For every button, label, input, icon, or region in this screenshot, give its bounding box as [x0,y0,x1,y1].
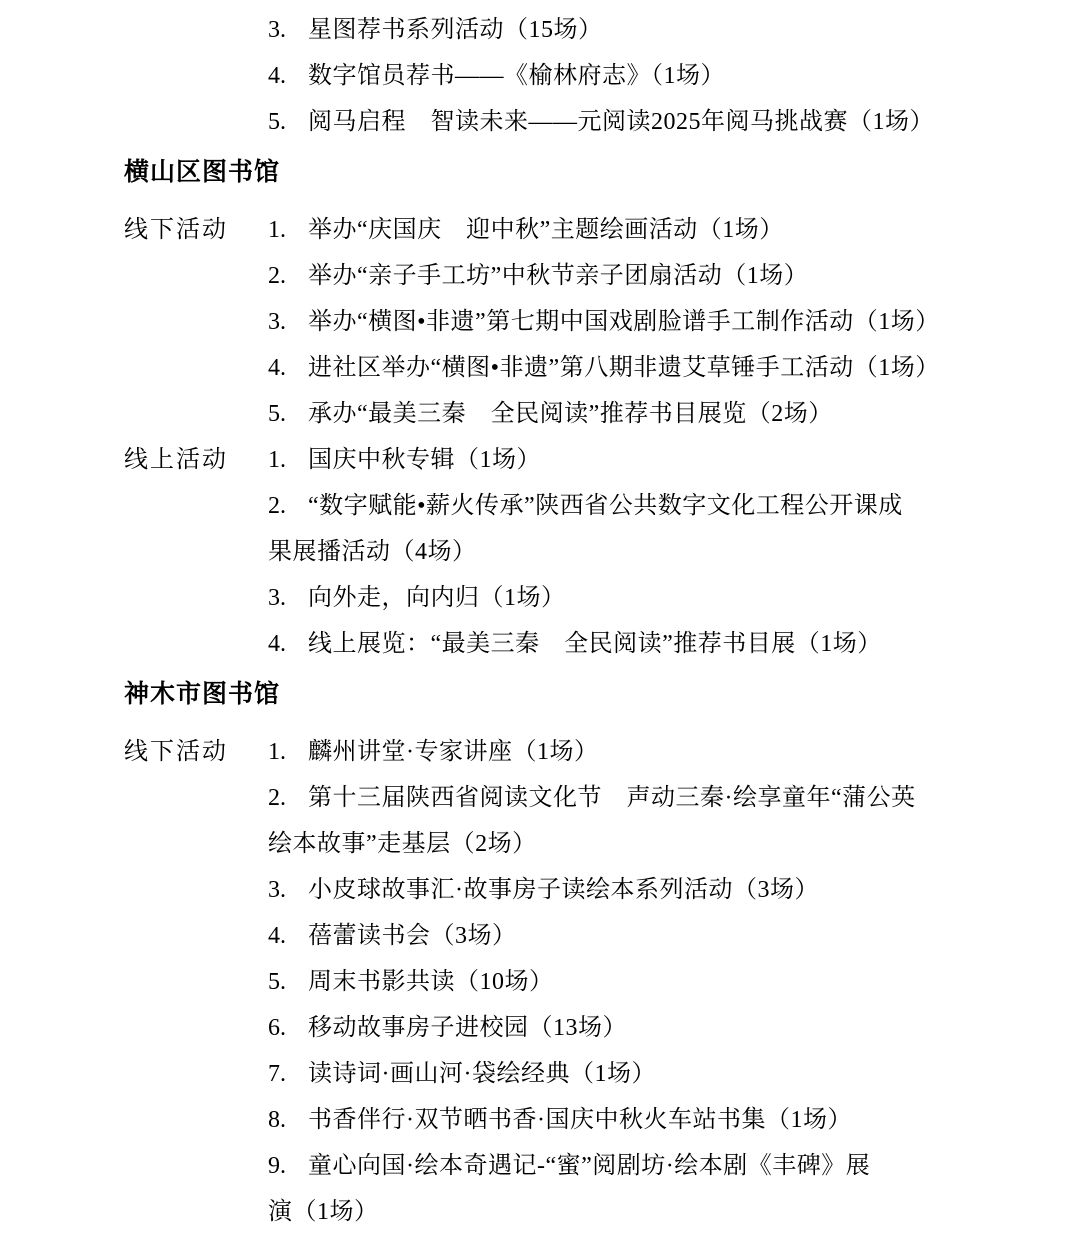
list-item-text: 童心向国·绘本奇遇记-“蜜”阅剧坊·绘本剧《丰碑》展 [308,1153,870,1179]
list-item-number: 5. [268,959,308,1005]
list-item-number: 1. [268,207,308,253]
list-item-text: 第十三届陕西省阅读文化节 声动三秦·绘享童年“蒲公英 [308,785,916,811]
list-item-number: 4. [268,621,308,667]
list-item: 1.麟州讲堂·专家讲座（1场） [268,729,980,775]
list-item: 1.国庆中秋专辑（1场） [268,437,980,483]
list-item: 1.举办“庆国庆 迎中秋”主题绘画活动（1场） [268,207,980,253]
list-item: 2.举办“亲子手工坊”中秋节亲子团扇活动（1场） [268,253,980,299]
list-item-number: 4. [268,53,308,99]
list-item-text: 移动故事房子进校园（13场） [308,1015,627,1041]
list-item-number: 4. [268,913,308,959]
list-item: 5.承办“最美三秦 全民阅读”推荐书目展览（2场） [268,391,980,437]
activity-item-list: 1.举办“庆国庆 迎中秋”主题绘画活动（1场） 2.举办“亲子手工坊”中秋节亲子… [268,207,980,437]
document-page: 3.星图荐书系列活动（15场） 4.数字馆员荐书——《榆林府志》（1场） 5.阅… [0,0,1080,1240]
list-item: 4.进社区举办“横图•非遗”第八期非遗艾草锤手工活动（1场） [268,345,980,391]
activity-item-list: 1.国庆中秋专辑（1场） 2.“数字赋能•薪火传承”陕西省公共数字文化工程公开课… [268,437,980,667]
list-item-text: 麟州讲堂·专家讲座（1场） [308,739,599,765]
activity-group-label: 线下活动 [124,729,268,775]
list-item-number: 5. [268,391,308,437]
list-item-text: 小皮球故事汇·故事房子读绘本系列活动（3场） [308,877,819,903]
list-item-number: 3. [268,299,308,345]
list-item: 3.向外走，向内归（1场） [268,575,980,621]
list-item-number: 6. [268,1005,308,1051]
library-section-header: 横山区图书馆 [124,150,1080,196]
list-item-text: 阅马启程 智读未来——元阅读2025年阅马挑战赛（1场） [308,109,934,135]
list-item: 4.蓓蕾读书会（3场） [268,913,980,959]
library-section-header: 神木市图书馆 [124,672,1080,718]
list-item-text: 线上展览：“最美三秦 全民阅读”推荐书目展（1场） [308,631,882,657]
activity-group-online: 线上活动 1.国庆中秋专辑（1场） 2.“数字赋能•薪火传承”陕西省公共数字文化… [0,437,1080,667]
library-section: 神木市图书馆 线下活动 1.麟州讲堂·专家讲座（1场） 2.第十三届陕西省阅读文… [0,672,1080,1235]
list-item-number: 2. [268,483,308,529]
activity-group-label: 线下活动 [124,207,268,253]
list-item-number: 2. [268,775,308,821]
list-item-text: 蓓蕾读书会（3场） [308,923,517,949]
list-item: 6.移动故事房子进校园（13场） [268,1005,980,1051]
list-item-number: 3. [268,7,308,53]
list-item: 5.阅马启程 智读未来——元阅读2025年阅马挑战赛（1场） [268,99,980,145]
list-item-text: “数字赋能•薪火传承”陕西省公共数字文化工程公开课成 [308,493,903,519]
list-item-number: 8. [268,1097,308,1143]
list-item-text: 向外走，向内归（1场） [308,585,566,611]
list-item: 8.书香伴行·双节晒书香·国庆中秋火车站书集（1场） [268,1097,980,1143]
list-item-number: 3. [268,575,308,621]
library-section-continued: 3.星图荐书系列活动（15场） 4.数字馆员荐书——《榆林府志》（1场） 5.阅… [0,7,1080,145]
list-item: 5.周末书影共读（10场） [268,959,980,1005]
list-item-text: 举办“亲子手工坊”中秋节亲子团扇活动（1场） [308,263,808,289]
list-item: 3.小皮球故事汇·故事房子读绘本系列活动（3场） [268,867,980,913]
list-item-number: 4. [268,345,308,391]
list-item-number: 3. [268,867,308,913]
activity-group-offline: 线下活动 1.举办“庆国庆 迎中秋”主题绘画活动（1场） 2.举办“亲子手工坊”… [0,207,1080,437]
list-item-number: 1. [268,437,308,483]
list-item-number: 2. [268,253,308,299]
list-item-text-continuation: 果展播活动（4场） [268,529,980,575]
activity-group-offline: 线下活动 1.麟州讲堂·专家讲座（1场） 2.第十三届陕西省阅读文化节 声动三秦… [0,729,1080,1235]
activity-item-list: 3.星图荐书系列活动（15场） 4.数字馆员荐书——《榆林府志》（1场） 5.阅… [268,7,980,145]
list-item: 4.线上展览：“最美三秦 全民阅读”推荐书目展（1场） [268,621,980,667]
list-item-number: 7. [268,1051,308,1097]
list-item-text: 举办“庆国庆 迎中秋”主题绘画活动（1场） [308,217,784,243]
list-item-text: 承办“最美三秦 全民阅读”推荐书目展览（2场） [308,401,833,427]
list-item-text: 数字馆员荐书——《榆林府志》（1场） [308,63,725,89]
activity-item-list: 1.麟州讲堂·专家讲座（1场） 2.第十三届陕西省阅读文化节 声动三秦·绘享童年… [268,729,980,1235]
activity-group: 3.星图荐书系列活动（15场） 4.数字馆员荐书——《榆林府志》（1场） 5.阅… [0,7,1080,145]
library-section: 横山区图书馆 线下活动 1.举办“庆国庆 迎中秋”主题绘画活动（1场） 2.举办… [0,150,1080,667]
list-item-text-continuation: 绘本故事”走基层（2场） [268,821,980,867]
list-item: 7.读诗词·画山河·袋绘经典（1场） [268,1051,980,1097]
list-item-number: 9. [268,1143,308,1189]
list-item: 3.举办“横图•非遗”第七期中国戏剧脸谱手工制作活动（1场） [268,299,980,345]
activity-group-label: 线上活动 [124,437,268,483]
list-item: 3.星图荐书系列活动（15场） [268,7,980,53]
list-item-text: 读诗词·画山河·袋绘经典（1场） [308,1061,656,1087]
list-item-text: 举办“横图•非遗”第七期中国戏剧脸谱手工制作活动（1场） [308,309,940,335]
list-item: 2.第十三届陕西省阅读文化节 声动三秦·绘享童年“蒲公英 绘本故事”走基层（2场… [268,775,980,867]
list-item-text: 周末书影共读（10场） [308,969,554,995]
list-item: 2.“数字赋能•薪火传承”陕西省公共数字文化工程公开课成 果展播活动（4场） [268,483,980,575]
list-item-text: 星图荐书系列活动（15场） [308,17,603,43]
list-item-text-continuation: 演（1场） [268,1189,980,1235]
list-item-number: 1. [268,729,308,775]
list-item: 4.数字馆员荐书——《榆林府志》（1场） [268,53,980,99]
list-item-text: 国庆中秋专辑（1场） [308,447,541,473]
list-item-text: 进社区举办“横图•非遗”第八期非遗艾草锤手工活动（1场） [308,355,940,381]
list-item: 9.童心向国·绘本奇遇记-“蜜”阅剧坊·绘本剧《丰碑》展 演（1场） [268,1143,980,1235]
list-item-number: 5. [268,99,308,145]
list-item-text: 书香伴行·双节晒书香·国庆中秋火车站书集（1场） [308,1107,852,1133]
